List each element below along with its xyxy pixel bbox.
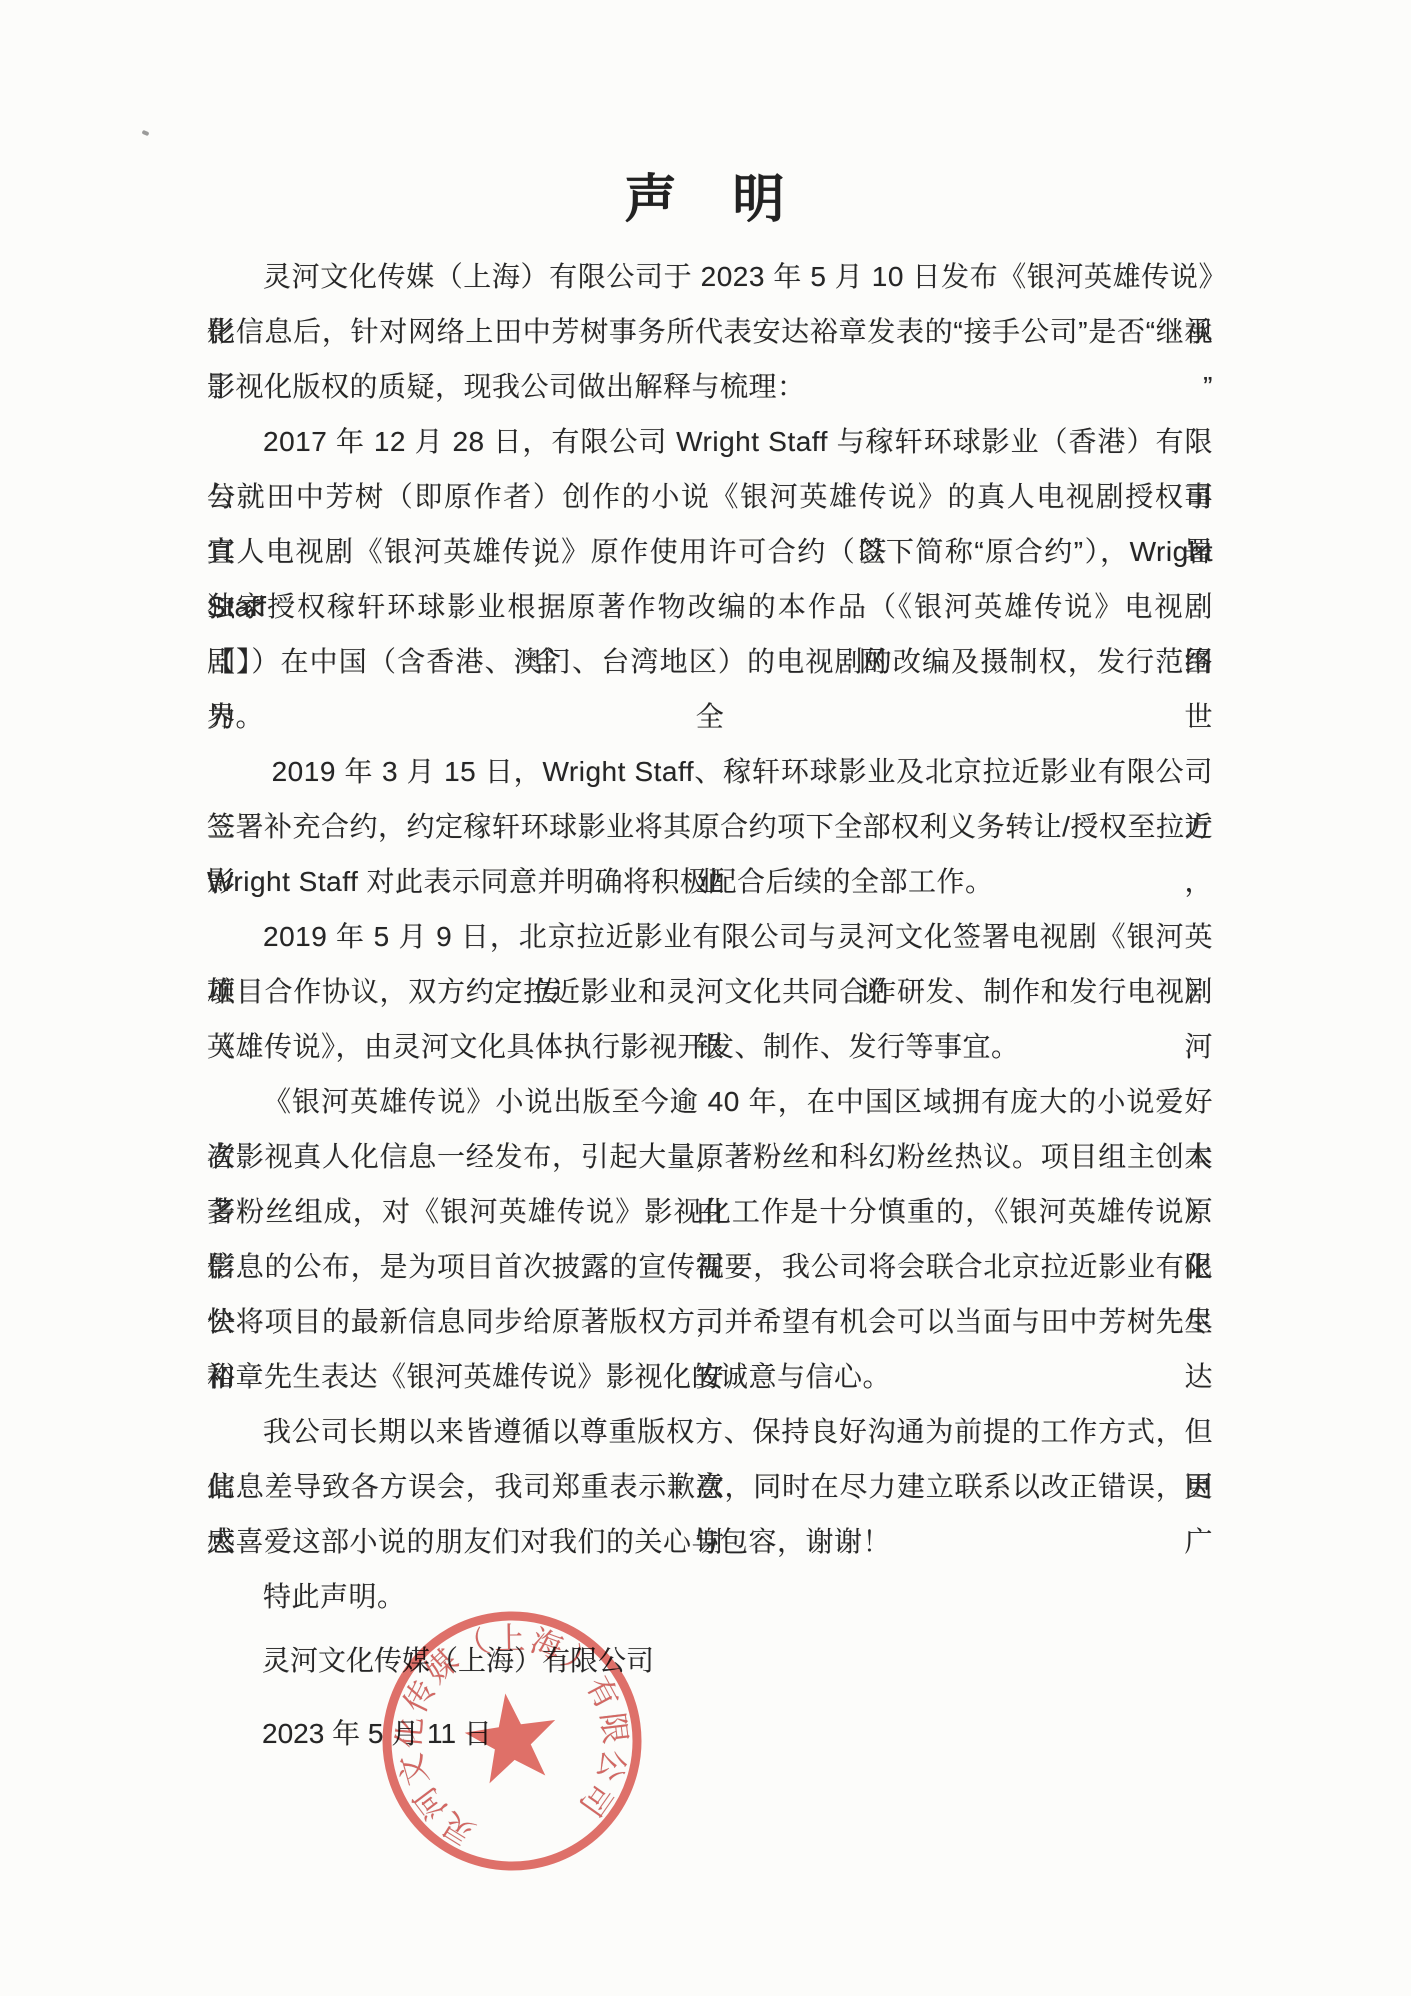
document-line: 特此声明。 [207,1569,1213,1624]
document-line: 与就田中芳树（即原作者）创作的小说《银河英雄传说》的真人电视剧授权事宜，签署 [207,469,1213,524]
paragraph: 《银河英雄传说》小说出版至今逾 40 年，在中国区域拥有庞大的小说爱好者，本次影… [207,1074,1213,1404]
star-icon [460,1687,563,1786]
scan-artifact [141,130,149,137]
paragraph: 灵河文化传媒（上海）有限公司于 2023 年 5 月 10 日发布《银河英雄传说… [207,249,1213,414]
document-line: 剧】）在中国（含香港、澳门、台湾地区）的电视剧的改编及摄制权，发行范围为全世 [207,634,1213,689]
document-line: 快将项目的最新信息同步给原著版权方，并希望有机会可以当面与田中芳树先生和安达 [207,1294,1213,1349]
document-line: 项目合作协议，双方约定拉近影业和灵河文化共同合作研发、制作和发行电视剧《银河 [207,964,1213,1019]
document-page: 声 明 灵河文化传媒（上海）有限公司于 2023 年 5 月 10 日发布《银河… [0,0,1411,1996]
document-line: 《银河英雄传说》小说出版至今逾 40 年，在中国区域拥有庞大的小说爱好者，本 [207,1074,1213,1129]
document-line: 次影视真人化信息一经发布，引起大量原著粉丝和科幻粉丝热议。项目组主创大多由原 [207,1129,1213,1184]
paragraph: 2019 年 3 月 15 日，Wright Staff、稼轩环球影业及北京拉近… [207,744,1213,909]
document-line: 2019 年 5 月 9 日，北京拉近影业有限公司与灵河文化签署电视剧《银河英雄… [207,909,1213,964]
document-line: 灵河文化传媒（上海）有限公司于 2023 年 5 月 10 日发布《银河英雄传说… [207,249,1213,304]
paragraph: 我公司长期以来皆遵循以尊重版权方、保持良好沟通为前提的工作方式，但此次因信息差导… [207,1404,1213,1569]
paragraph: 2017 年 12 月 28 日，有限公司 Wright Staff 与稼轩环球… [207,414,1213,744]
document-line: 2017 年 12 月 28 日，有限公司 Wright Staff 与稼轩环球… [207,414,1213,469]
document-line: 真人电视剧《银河英雄传说》原作使用许可合约（以下简称“原合约”），Wright … [207,524,1213,579]
document-line: 信息的公布，是为项目首次披露的宣传需要，我公司将会联合北京拉近影业有限公司尽 [207,1239,1213,1294]
document-line: 著粉丝组成，对《银河英雄传说》影视化工作是十分慎重的，《银河英雄传说》影视化 [207,1184,1213,1239]
document-line: 化信息后，针对网络上田中芳树事务所代表安达裕章发表的“接手公司”是否“继承了” [207,304,1213,359]
document-line: 信息差导致各方误会，我司郑重表示歉意，同时在尽力建立联系以改正错误，更感谢广 [207,1459,1213,1514]
document-line: 我公司长期以来皆遵循以尊重版权方、保持良好沟通为前提的工作方式，但此次因 [207,1404,1213,1459]
document-line: 签署补充合约，约定稼轩环球影业将其原合约项下全部权利义务转让/授权至拉近影业， [207,799,1213,854]
document-body: 灵河文化传媒（上海）有限公司于 2023 年 5 月 10 日发布《银河英雄传说… [207,249,1213,1624]
document-line: 独家授权稼轩环球影业根据原著作物改编的本作品（《银河英雄传说》电视剧【含网络 [207,579,1213,634]
paragraph: 特此声明。 [207,1569,1213,1624]
company-seal: 灵河文化传媒（上海）有限公司 [352,1581,673,1902]
paragraph: 2019 年 5 月 9 日，北京拉近影业有限公司与灵河文化签署电视剧《银河英雄… [207,909,1213,1074]
page-title: 声 明 [0,170,1411,230]
document-line: 2019 年 3 月 15 日，Wright Staff、稼轩环球影业及北京拉近… [207,744,1213,799]
